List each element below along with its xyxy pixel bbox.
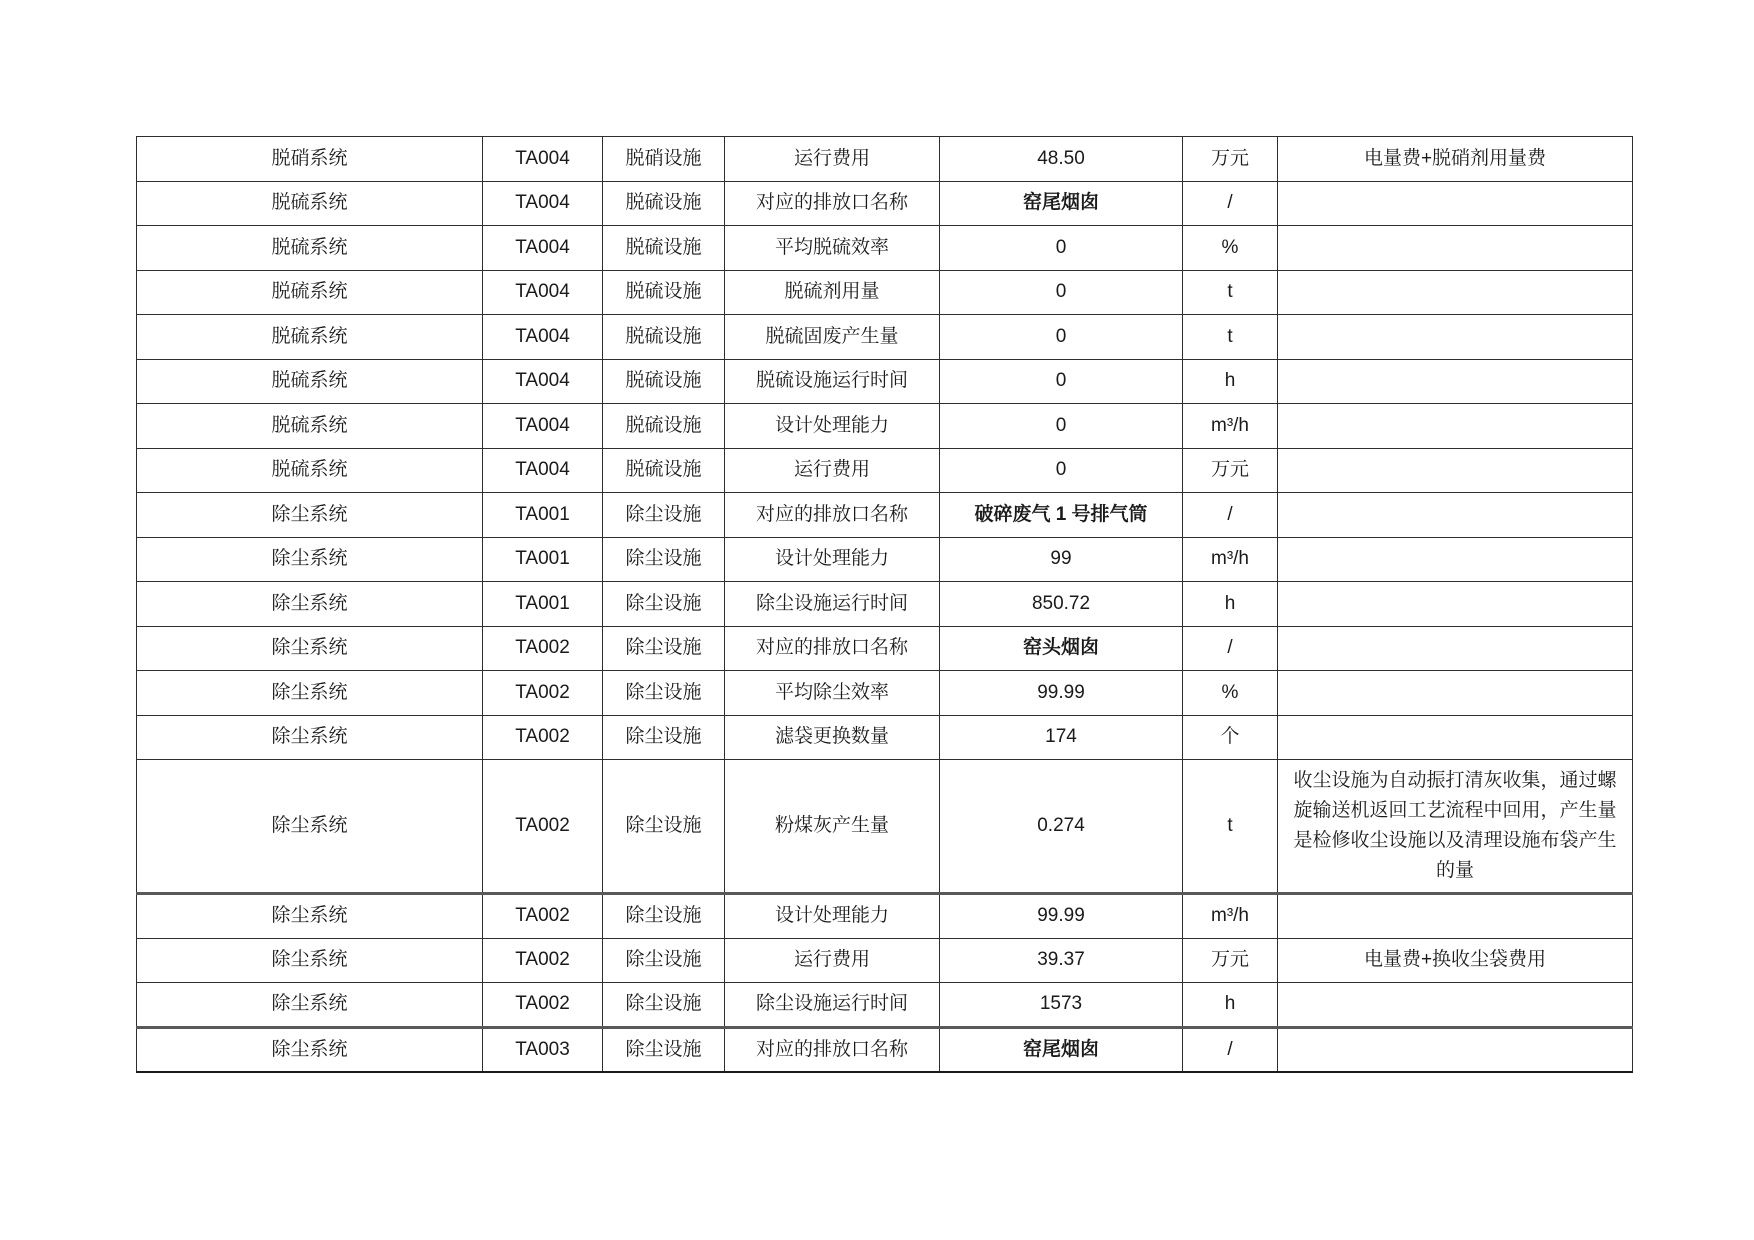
cell-system: 脱硫系统 [137,359,483,404]
cell-parameter: 平均脱硫效率 [725,226,940,271]
cell-value: 850.72 [940,582,1183,627]
cell-facility: 脱硫设施 [603,226,725,271]
cell-value: 0.274 [940,760,1183,894]
cell-code: TA004 [483,226,603,271]
cell-code: TA002 [483,671,603,716]
cell-value: 窑尾烟囱 [940,181,1183,226]
cell-facility: 除尘设施 [603,983,725,1028]
cell-parameter: 设计处理能力 [725,894,940,939]
cell-parameter: 除尘设施运行时间 [725,983,940,1028]
cell-facility: 除尘设施 [603,626,725,671]
cell-value: 99.99 [940,894,1183,939]
cell-parameter: 除尘设施运行时间 [725,582,940,627]
table-row: 脱硝系统TA004脱硝设施运行费用48.50万元电量费+脱硝剂用量费 [137,137,1633,182]
cell-unit: 万元 [1183,137,1278,182]
facility-parameters-table-wrap: 脱硝系统TA004脱硝设施运行费用48.50万元电量费+脱硝剂用量费脱硫系统TA… [136,136,1632,1073]
cell-note [1278,315,1633,360]
table-row: 除尘系统TA003除尘设施对应的排放口名称窑尾烟囱/ [137,1027,1633,1072]
cell-system: 除尘系统 [137,715,483,760]
cell-system: 脱硫系统 [137,448,483,493]
cell-parameter: 设计处理能力 [725,537,940,582]
table-row: 除尘系统TA002除尘设施粉煤灰产生量0.274t收尘设施为自动振打清灰收集，通… [137,760,1633,894]
cell-unit: h [1183,582,1278,627]
cell-system: 除尘系统 [137,938,483,983]
table-row: 脱硫系统TA004脱硫设施运行费用0万元 [137,448,1633,493]
cell-system: 除尘系统 [137,537,483,582]
cell-parameter: 脱硫剂用量 [725,270,940,315]
cell-parameter: 平均除尘效率 [725,671,940,716]
cell-value: 0 [940,404,1183,449]
cell-note [1278,404,1633,449]
cell-system: 脱硫系统 [137,226,483,271]
document-page: 脱硝系统TA004脱硝设施运行费用48.50万元电量费+脱硝剂用量费脱硫系统TA… [0,0,1754,1240]
cell-unit: t [1183,760,1278,894]
table-row: 除尘系统TA002除尘设施除尘设施运行时间1573h [137,983,1633,1028]
cell-unit: / [1183,493,1278,538]
cell-code: TA004 [483,448,603,493]
cell-value: 174 [940,715,1183,760]
cell-facility: 除尘设施 [603,760,725,894]
cell-parameter: 设计处理能力 [725,404,940,449]
cell-system: 除尘系统 [137,983,483,1028]
cell-code: TA002 [483,760,603,894]
cell-facility: 脱硝设施 [603,137,725,182]
table-row: 除尘系统TA001除尘设施设计处理能力99m³/h [137,537,1633,582]
cell-system: 除尘系统 [137,760,483,894]
cell-system: 脱硫系统 [137,315,483,360]
cell-facility: 脱硫设施 [603,315,725,360]
cell-note [1278,1027,1633,1072]
cell-system: 除尘系统 [137,626,483,671]
cell-facility: 脱硫设施 [603,270,725,315]
cell-system: 除尘系统 [137,582,483,627]
cell-parameter: 运行费用 [725,938,940,983]
cell-note [1278,582,1633,627]
cell-facility: 除尘设施 [603,582,725,627]
cell-code: TA002 [483,715,603,760]
cell-value: 48.50 [940,137,1183,182]
table-row: 脱硫系统TA004脱硫设施平均脱硫效率0% [137,226,1633,271]
cell-value: 窑尾烟囱 [940,1027,1183,1072]
table-row: 除尘系统TA002除尘设施对应的排放口名称窑头烟囱/ [137,626,1633,671]
table-body: 脱硝系统TA004脱硝设施运行费用48.50万元电量费+脱硝剂用量费脱硫系统TA… [137,137,1633,1072]
cell-parameter: 脱硫固废产生量 [725,315,940,360]
cell-unit: m³/h [1183,537,1278,582]
table-row: 除尘系统TA002除尘设施设计处理能力99.99m³/h [137,894,1633,939]
cell-facility: 脱硫设施 [603,359,725,404]
cell-value: 0 [940,226,1183,271]
table-row: 除尘系统TA001除尘设施除尘设施运行时间850.72h [137,582,1633,627]
cell-facility: 脱硫设施 [603,404,725,449]
cell-parameter: 对应的排放口名称 [725,1027,940,1072]
table-row: 脱硫系统TA004脱硫设施对应的排放口名称窑尾烟囱/ [137,181,1633,226]
cell-note [1278,359,1633,404]
cell-code: TA004 [483,137,603,182]
cell-facility: 除尘设施 [603,493,725,538]
cell-note [1278,181,1633,226]
cell-code: TA001 [483,582,603,627]
cell-code: TA004 [483,181,603,226]
cell-note [1278,983,1633,1028]
cell-parameter: 脱硫设施运行时间 [725,359,940,404]
cell-code: TA002 [483,938,603,983]
cell-value: 窑头烟囱 [940,626,1183,671]
cell-parameter: 对应的排放口名称 [725,626,940,671]
cell-note [1278,626,1633,671]
cell-facility: 除尘设施 [603,894,725,939]
cell-unit: 万元 [1183,938,1278,983]
cell-note [1278,537,1633,582]
cell-system: 除尘系统 [137,1027,483,1072]
cell-facility: 除尘设施 [603,537,725,582]
cell-unit: m³/h [1183,404,1278,449]
table-row: 除尘系统TA002除尘设施滤袋更换数量174个 [137,715,1633,760]
cell-code: TA001 [483,493,603,538]
cell-parameter: 运行费用 [725,137,940,182]
cell-facility: 脱硫设施 [603,181,725,226]
table-row: 除尘系统TA002除尘设施运行费用39.37万元电量费+换收尘袋费用 [137,938,1633,983]
cell-parameter: 对应的排放口名称 [725,493,940,538]
table-row: 除尘系统TA002除尘设施平均除尘效率99.99% [137,671,1633,716]
cell-unit: / [1183,1027,1278,1072]
cell-note [1278,448,1633,493]
cell-value: 0 [940,270,1183,315]
cell-system: 除尘系统 [137,671,483,716]
table-row: 脱硫系统TA004脱硫设施设计处理能力0m³/h [137,404,1633,449]
cell-system: 脱硫系统 [137,270,483,315]
cell-parameter: 粉煤灰产生量 [725,760,940,894]
cell-code: TA002 [483,894,603,939]
cell-unit: m³/h [1183,894,1278,939]
cell-code: TA004 [483,270,603,315]
cell-facility: 除尘设施 [603,715,725,760]
cell-value: 0 [940,448,1183,493]
cell-unit: 万元 [1183,448,1278,493]
cell-value: 39.37 [940,938,1183,983]
cell-unit: h [1183,359,1278,404]
cell-unit: h [1183,983,1278,1028]
cell-code: TA003 [483,1027,603,1072]
cell-note: 电量费+脱硝剂用量费 [1278,137,1633,182]
cell-value: 1573 [940,983,1183,1028]
cell-value: 99 [940,537,1183,582]
cell-code: TA002 [483,983,603,1028]
cell-code: TA004 [483,359,603,404]
cell-unit: 个 [1183,715,1278,760]
cell-system: 脱硫系统 [137,181,483,226]
cell-unit: t [1183,270,1278,315]
cell-facility: 除尘设施 [603,938,725,983]
cell-facility: 除尘设施 [603,671,725,716]
cell-note [1278,270,1633,315]
cell-facility: 除尘设施 [603,1027,725,1072]
facility-parameters-table: 脱硝系统TA004脱硝设施运行费用48.50万元电量费+脱硝剂用量费脱硫系统TA… [136,136,1633,1073]
cell-note [1278,715,1633,760]
cell-facility: 脱硫设施 [603,448,725,493]
cell-parameter: 运行费用 [725,448,940,493]
cell-system: 脱硝系统 [137,137,483,182]
cell-note [1278,671,1633,716]
cell-unit: % [1183,226,1278,271]
cell-code: TA001 [483,537,603,582]
cell-system: 除尘系统 [137,894,483,939]
cell-system: 除尘系统 [137,493,483,538]
cell-note [1278,493,1633,538]
table-row: 脱硫系统TA004脱硫设施脱硫固废产生量0t [137,315,1633,360]
table-row: 脱硫系统TA004脱硫设施脱硫剂用量0t [137,270,1633,315]
table-row: 除尘系统TA001除尘设施对应的排放口名称破碎废气 1 号排气筒/ [137,493,1633,538]
cell-value: 破碎废气 1 号排气筒 [940,493,1183,538]
cell-unit: t [1183,315,1278,360]
cell-code: TA004 [483,404,603,449]
cell-unit: % [1183,671,1278,716]
cell-parameter: 滤袋更换数量 [725,715,940,760]
cell-parameter: 对应的排放口名称 [725,181,940,226]
cell-note [1278,894,1633,939]
cell-value: 0 [940,315,1183,360]
cell-note: 电量费+换收尘袋费用 [1278,938,1633,983]
table-row: 脱硫系统TA004脱硫设施脱硫设施运行时间0h [137,359,1633,404]
cell-system: 脱硫系统 [137,404,483,449]
cell-unit: / [1183,181,1278,226]
cell-unit: / [1183,626,1278,671]
cell-code: TA002 [483,626,603,671]
cell-value: 99.99 [940,671,1183,716]
cell-value: 0 [940,359,1183,404]
cell-code: TA004 [483,315,603,360]
cell-note [1278,226,1633,271]
cell-note: 收尘设施为自动振打清灰收集，通过螺旋输送机返回工艺流程中回用，产生量是检修收尘设… [1278,760,1633,894]
